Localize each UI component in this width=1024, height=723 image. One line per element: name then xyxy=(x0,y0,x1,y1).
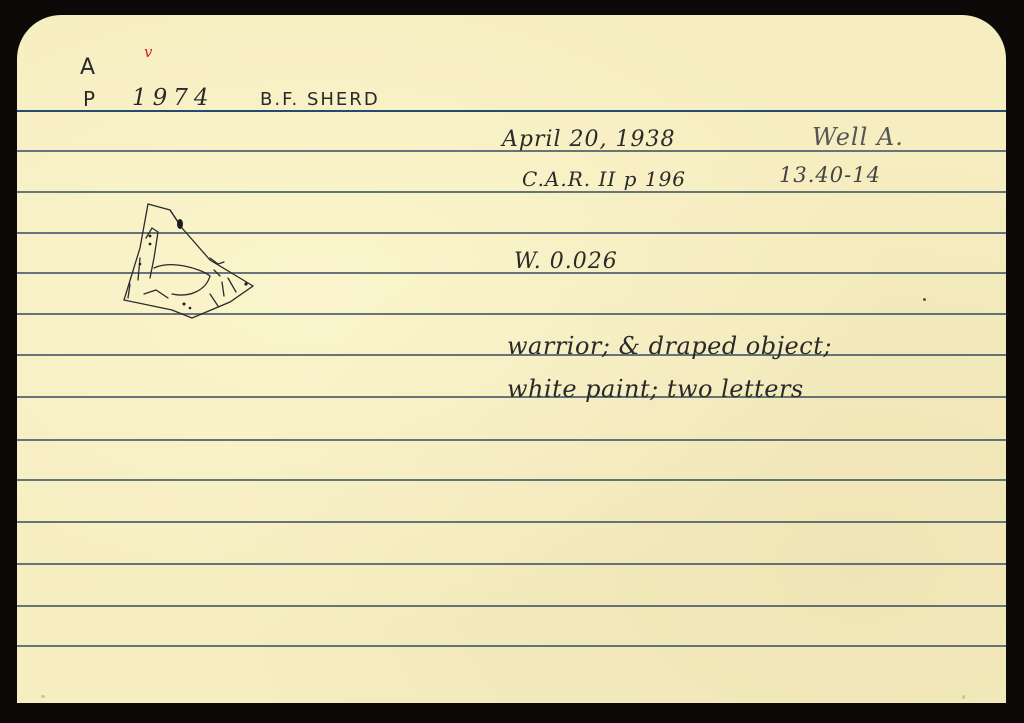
index-card: A v P 1974 B.F. SHERD April 20, 1938 Wel… xyxy=(17,15,1006,703)
sherd-sketch xyxy=(110,198,260,333)
ruled-line xyxy=(17,479,1006,481)
dimension: W. 0.026 xyxy=(514,249,618,274)
description-line-1: warrior; & draped object; xyxy=(507,332,832,360)
stain xyxy=(41,695,45,698)
check-mark: v xyxy=(144,43,153,61)
ruled-line xyxy=(17,605,1006,607)
reference: C.A.R. II p 196 xyxy=(522,167,686,191)
ruled-line xyxy=(17,521,1006,523)
object-type: B.F. SHERD xyxy=(260,89,380,110)
catalog-number: 1974 xyxy=(132,85,215,111)
description-line-2: white paint; two letters xyxy=(507,375,804,403)
date: April 20, 1938 xyxy=(502,127,676,152)
section-letter: A xyxy=(80,55,96,80)
ruled-line xyxy=(17,191,1006,193)
ruled-line xyxy=(17,439,1006,441)
findspot: Well A. xyxy=(812,123,904,151)
ruled-line xyxy=(17,645,1006,647)
catalog-prefix: P xyxy=(83,87,96,111)
stain xyxy=(962,695,965,699)
stain xyxy=(923,298,926,301)
ruled-line xyxy=(17,563,1006,565)
deposit-range: 13.40-14 xyxy=(779,163,881,187)
